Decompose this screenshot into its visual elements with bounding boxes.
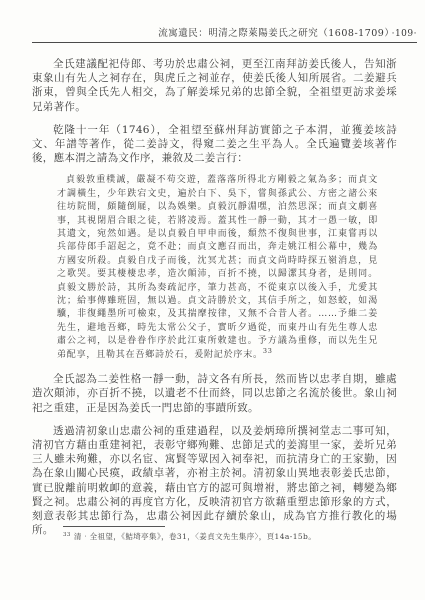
running-header: 流寓遺民：明清之際萊陽姜氏之研究（1608-1709）·109· xyxy=(32,25,417,43)
page: 流寓遺民：明清之際萊陽姜氏之研究（1608-1709）·109· 全氏建議配祀侍… xyxy=(0,0,425,600)
block-quote-text: 貞毅敦重樸誠，嚴凝不苟交遊，蓋落落所得北方剛毅之氣為多；而貞文才調橫生，少年跌宕… xyxy=(57,175,378,359)
footnote-area: 33清‧全祖望，《鮚埼亭集》，卷31，〈姜貞文先生集序〉，頁14a-15b。 xyxy=(63,526,393,542)
paragraph-4: 透過清初象山忠肅公祠的重建過程，以及姜炳璋所撰祠堂志二事可知，清初官方藉由重建祠… xyxy=(32,424,397,538)
footnote-ref-marker: 33 xyxy=(263,347,273,355)
footnote: 33清‧全祖望，《鮚埼亭集》，卷31，〈姜貞文先生集序〉，頁14a-15b。 xyxy=(63,532,393,542)
block-quote: 貞毅敦重樸誠，嚴凝不苟交遊，蓋落落所得北方剛毅之氣為多；而貞文才調橫生，少年跌宕… xyxy=(57,174,378,362)
page-number: ·109· xyxy=(392,29,417,39)
footnote-separator xyxy=(63,526,165,527)
footnote-number: 33 xyxy=(63,532,71,538)
footnote-text: 清‧全祖望，《鮚埼亭集》，卷31，〈姜貞文先生集序〉，頁14a-15b。 xyxy=(74,532,316,541)
body: 全氏建議配祀侍郎、考功於忠肅公祠，更至江南拜訪姜氏後人，告知浙東象山有先人之祠存… xyxy=(32,57,397,537)
paragraph-2: 乾隆十一年（1746），全祖望至蘇州拜訪實節之子本渭，並獲姜垓詩文、年譜等著作，… xyxy=(32,123,397,166)
running-header-title: 流寓遺民：明清之際萊陽姜氏之研究（1608-1709） xyxy=(158,28,389,39)
paragraph-3: 全氏認為二姜性格一靜一動，詩文各有所長，然而皆以忠孝自期，雖處造次顛沛，亦百折不… xyxy=(32,372,397,415)
paragraph-1: 全氏建議配祀侍郎、考功於忠肅公祠，更至江南拜訪姜氏後人，告知浙東象山有先人之祠存… xyxy=(32,57,397,114)
